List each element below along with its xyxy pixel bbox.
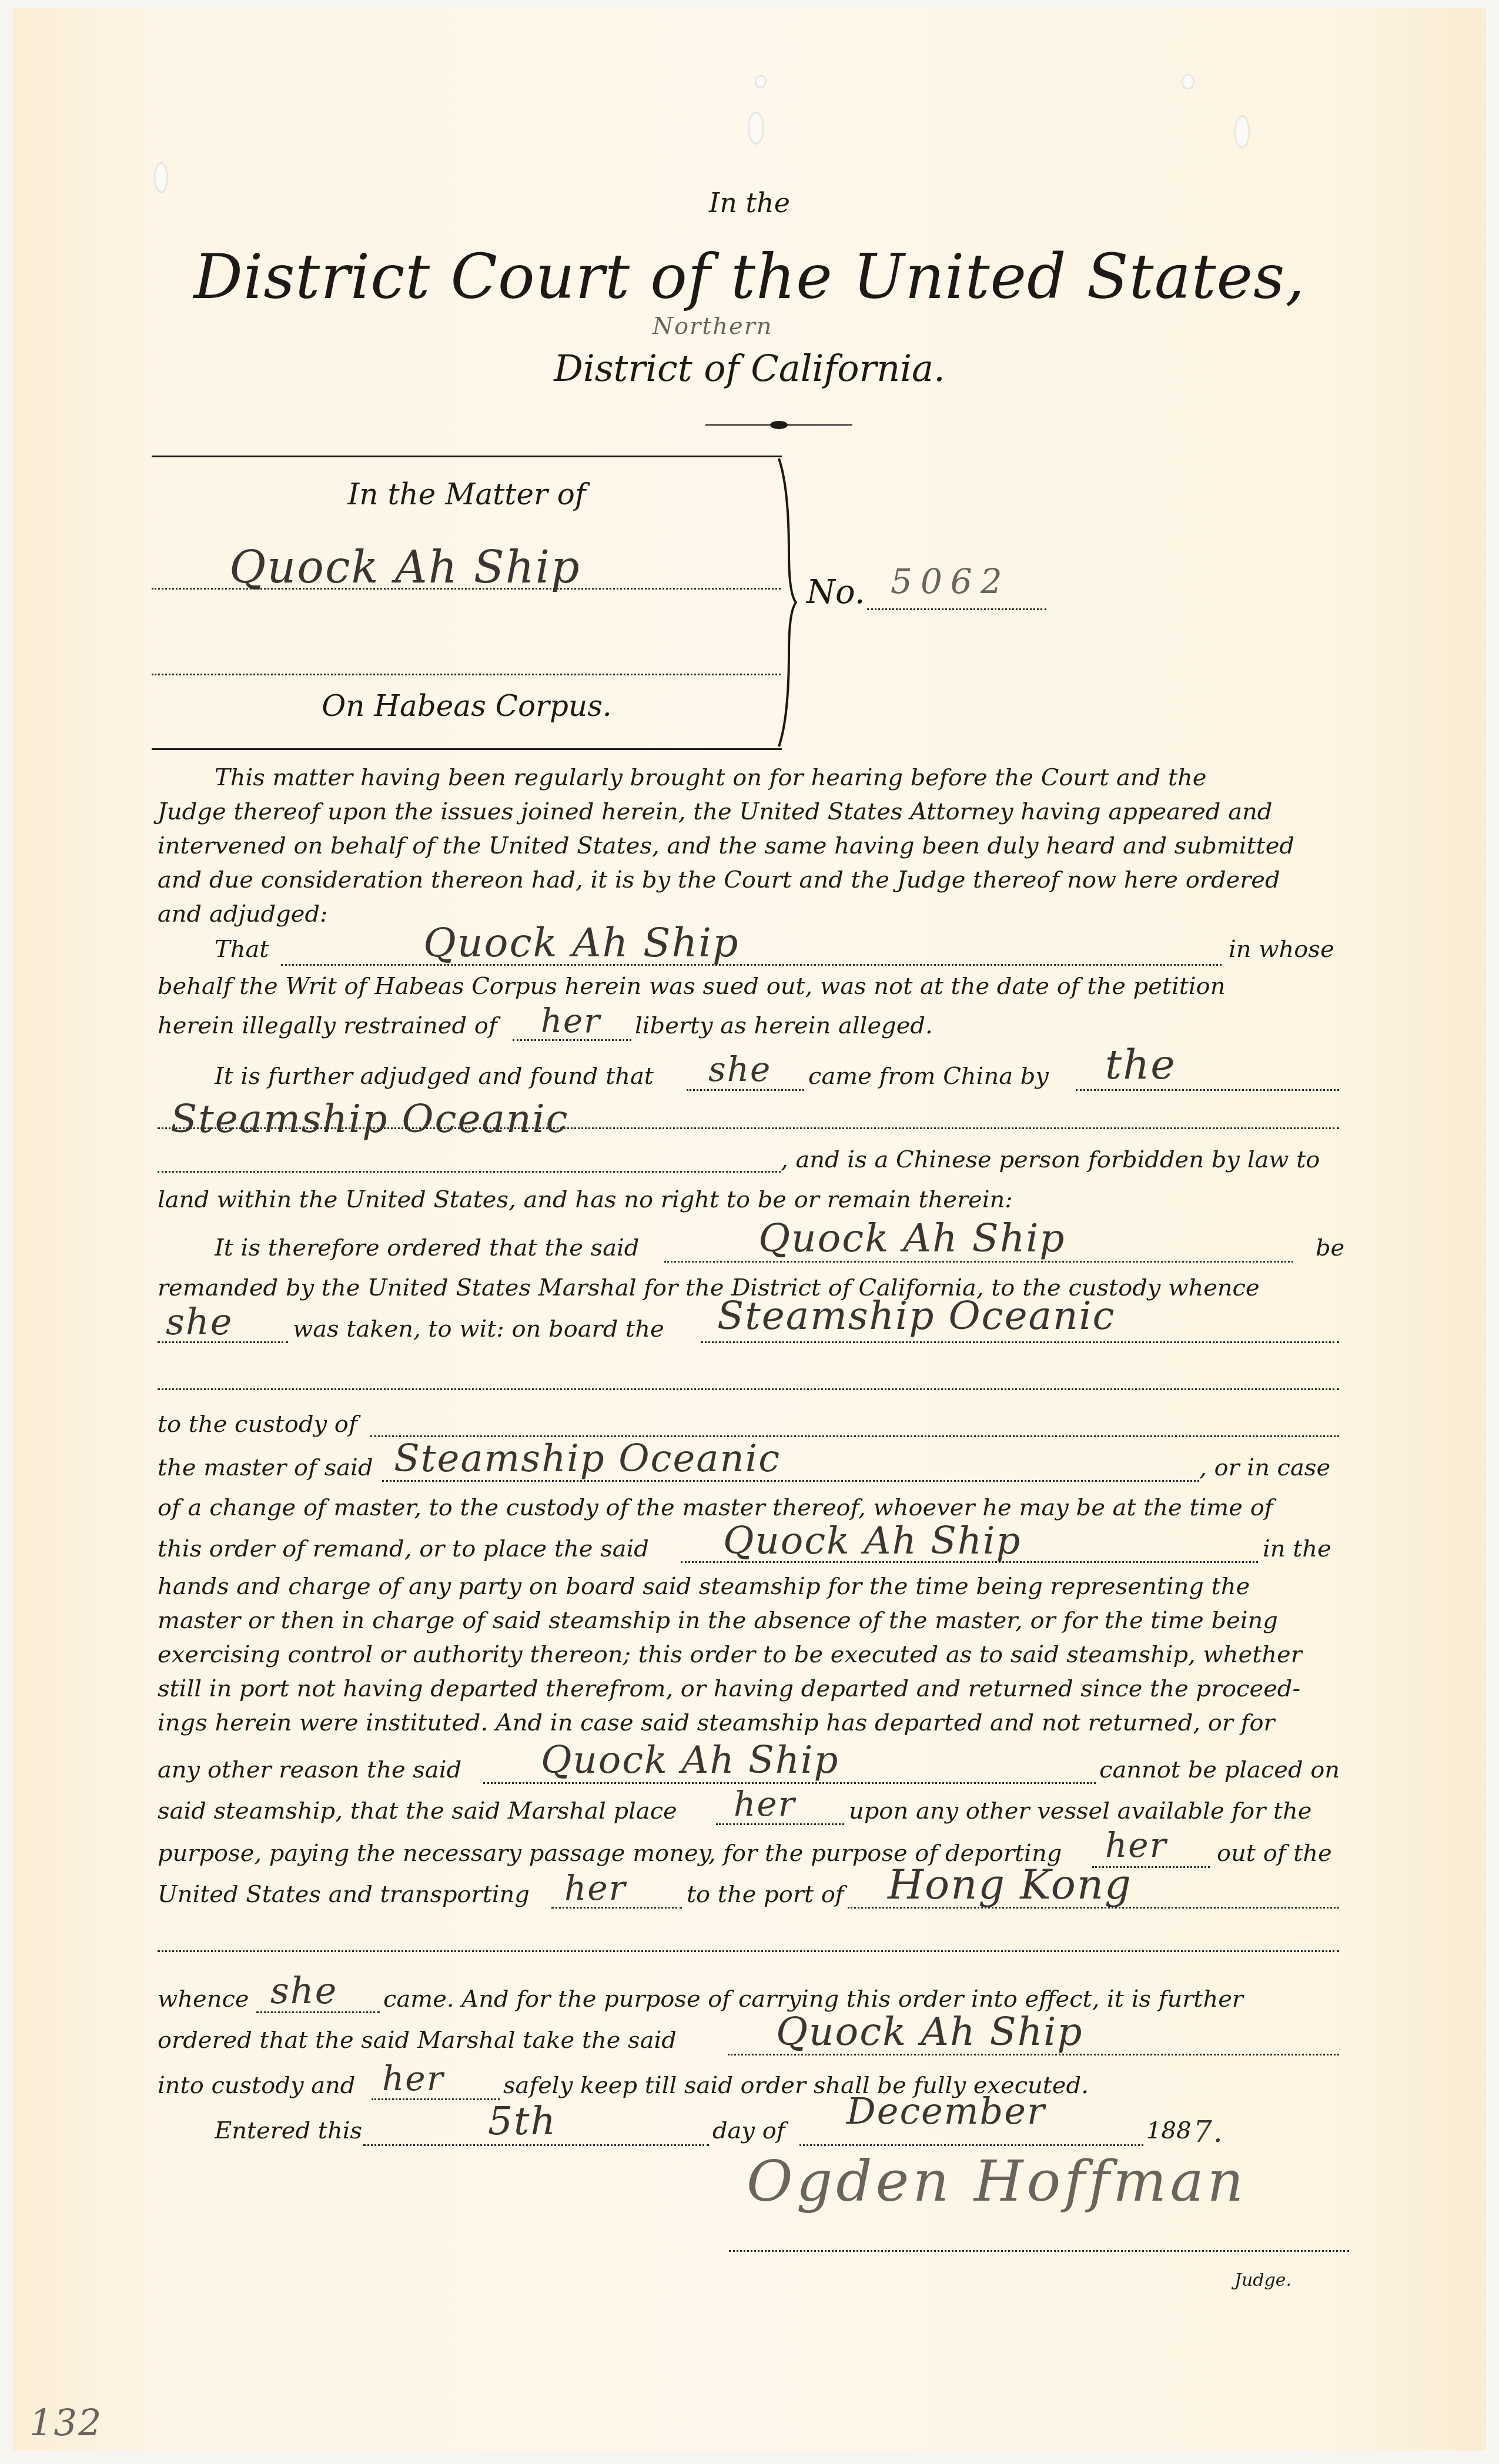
caption-blank-line xyxy=(152,674,781,675)
ordered-marshal: ordered that the said Marshal take the s… xyxy=(158,2027,677,2054)
on-board-dotted-line xyxy=(701,1341,1339,1343)
other-reason: any other reason the said xyxy=(158,1756,461,1783)
ordered-marshal-name: Quock Ah Ship xyxy=(776,2009,1083,2054)
p2-line-3: exercising control or authority thereon;… xyxy=(158,1641,1302,1668)
marshal-place-pronoun: her xyxy=(734,1784,795,1824)
further-pronoun: she xyxy=(708,1049,771,1089)
change-master: of a change of master, to the custody of… xyxy=(158,1494,1273,1521)
p2-line-2: master or then in charge of said steamsh… xyxy=(158,1607,1278,1634)
year-prefix: 188 xyxy=(1146,2117,1191,2144)
p2-line-1: hands and charge of any party on board s… xyxy=(158,1573,1250,1600)
ordered-be: be xyxy=(1316,1234,1344,1261)
p1-line-4: and due consideration thereon had, it is… xyxy=(158,866,1280,893)
further-pre: It is further adjudged and found that xyxy=(215,1063,654,1090)
us-transporting: United States and transporting xyxy=(158,1881,530,1908)
whence: whence xyxy=(158,1986,249,2013)
or-in-case: , or in case xyxy=(1199,1454,1330,1481)
judge-title: Judge. xyxy=(1234,2270,1291,2291)
that-dotted-line xyxy=(281,964,1222,966)
header-in-the: In the xyxy=(0,187,1499,219)
in-the: in the xyxy=(1263,1535,1331,1562)
district-handwritten: Northern xyxy=(653,313,773,340)
into-custody-dotted-line xyxy=(372,2098,500,2100)
port-continued-dotted-line xyxy=(158,1950,1339,1952)
writ-line: behalf the Writ of Habeas Corpus herein … xyxy=(158,973,1225,1000)
caption-top-rule xyxy=(152,456,782,457)
whence-pronoun: she xyxy=(270,1969,337,2012)
further-dotted-line xyxy=(687,1089,804,1091)
district-line: District of California. xyxy=(0,347,1499,390)
remand-place: this order of remand, or to place the sa… xyxy=(158,1535,649,1562)
remand-name: Quock Ah Ship xyxy=(723,1519,1021,1563)
in-matter-of: In the Matter of xyxy=(152,477,782,511)
day-dotted-line xyxy=(363,2144,709,2146)
year-suffix: 7. xyxy=(1193,2115,1224,2149)
entry-day: 5th xyxy=(488,2098,557,2144)
judge-signature: Ogden Hoffman xyxy=(747,2148,1247,2214)
land-within: land within the United States, and has n… xyxy=(158,1186,1013,1213)
day-of: day of xyxy=(712,2117,785,2144)
came-from: came from China by xyxy=(808,1063,1049,1090)
vessel-continued-dotted-line xyxy=(158,1171,781,1173)
petitioner-dotted-line xyxy=(152,588,781,590)
p1-line-1: This matter having been regularly brough… xyxy=(215,764,1206,791)
case-number-label: No. xyxy=(807,573,865,611)
master-of-said: the master of said xyxy=(158,1454,373,1481)
restrained-pre: herein illegally restrained of xyxy=(158,1012,497,1039)
p1-line-5: and adjudged: xyxy=(158,900,328,928)
chinese-person: , and is a Chinese person forbidden by l… xyxy=(781,1146,1320,1173)
on-board-vessel: Steamship Oceanic xyxy=(717,1293,1116,1338)
came-by-hand-1: the xyxy=(1105,1040,1176,1089)
p1-line-2: Judge thereof upon the issues joined her… xyxy=(158,798,1272,825)
petitioner-name: Quock Ah Ship xyxy=(229,541,581,593)
deporting-pronoun: her xyxy=(1105,1825,1167,1865)
p2-line-4: still in port not having departed theref… xyxy=(158,1675,1300,1702)
into-custody: into custody and xyxy=(158,2072,355,2099)
came-by-hand-2: Steamship Oceanic xyxy=(170,1096,569,1141)
case-number-dotted-line xyxy=(867,608,1046,610)
ornament-divider xyxy=(705,422,852,428)
blank-dotted-line xyxy=(158,1388,1339,1390)
court-title: District Court of the United States, xyxy=(0,241,1499,313)
custody-of: to the custody of xyxy=(158,1411,357,1438)
master-vessel: Steamship Oceanic xyxy=(394,1437,781,1481)
to-port-of: to the port of xyxy=(687,1881,844,1908)
was-taken: was taken, to wit: on board the xyxy=(293,1315,664,1343)
transporting-pronoun: her xyxy=(564,1868,626,1908)
that-label: That xyxy=(215,936,269,963)
cannot-be-placed: cannot be placed on xyxy=(1099,1756,1340,1783)
restrained-post: liberty as herein alleged. xyxy=(635,1012,933,1039)
case-number: 5062 xyxy=(891,561,1011,601)
entry-month: December xyxy=(846,2090,1046,2132)
other-reason-name: Quock Ah Ship xyxy=(541,1739,839,1782)
restrained-pronoun: her xyxy=(541,1002,601,1040)
proceeding-type: On Habeas Corpus. xyxy=(152,689,782,723)
upon-vessel: upon any other vessel available for the xyxy=(849,1797,1312,1824)
marshal-place: said steamship, that the said Marshal pl… xyxy=(158,1797,677,1824)
ordered-pre: It is therefore ordered that the said xyxy=(215,1234,639,1261)
p1-line-3: intervened on behalf of the United State… xyxy=(158,832,1294,859)
was-taken-pronoun: she xyxy=(166,1300,233,1343)
caption-bottom-rule xyxy=(152,748,782,750)
punch-hole xyxy=(748,112,764,145)
signature-dotted-line xyxy=(729,2250,1349,2252)
p2-line-5: ings herein were instituted. And in case… xyxy=(158,1709,1275,1736)
month-dotted-line xyxy=(799,2144,1143,2146)
that-name: Quock Ah Ship xyxy=(423,920,740,966)
in-whose: in whose xyxy=(1229,936,1334,963)
ordered-dotted-line xyxy=(664,1261,1293,1263)
ordered-name: Quock Ah Ship xyxy=(758,1216,1066,1261)
punch-hole xyxy=(1234,115,1250,148)
punch-hole xyxy=(755,75,767,88)
punch-hole xyxy=(1182,74,1194,89)
into-custody-pronoun: her xyxy=(382,2058,444,2098)
came-by-dotted-line xyxy=(1076,1089,1339,1091)
out-of-the: out of the xyxy=(1217,1840,1332,1867)
margin-page-number: 132 xyxy=(29,2401,102,2444)
port-name: Hong Kong xyxy=(888,1860,1132,1909)
entered-this: Entered this xyxy=(215,2117,362,2144)
